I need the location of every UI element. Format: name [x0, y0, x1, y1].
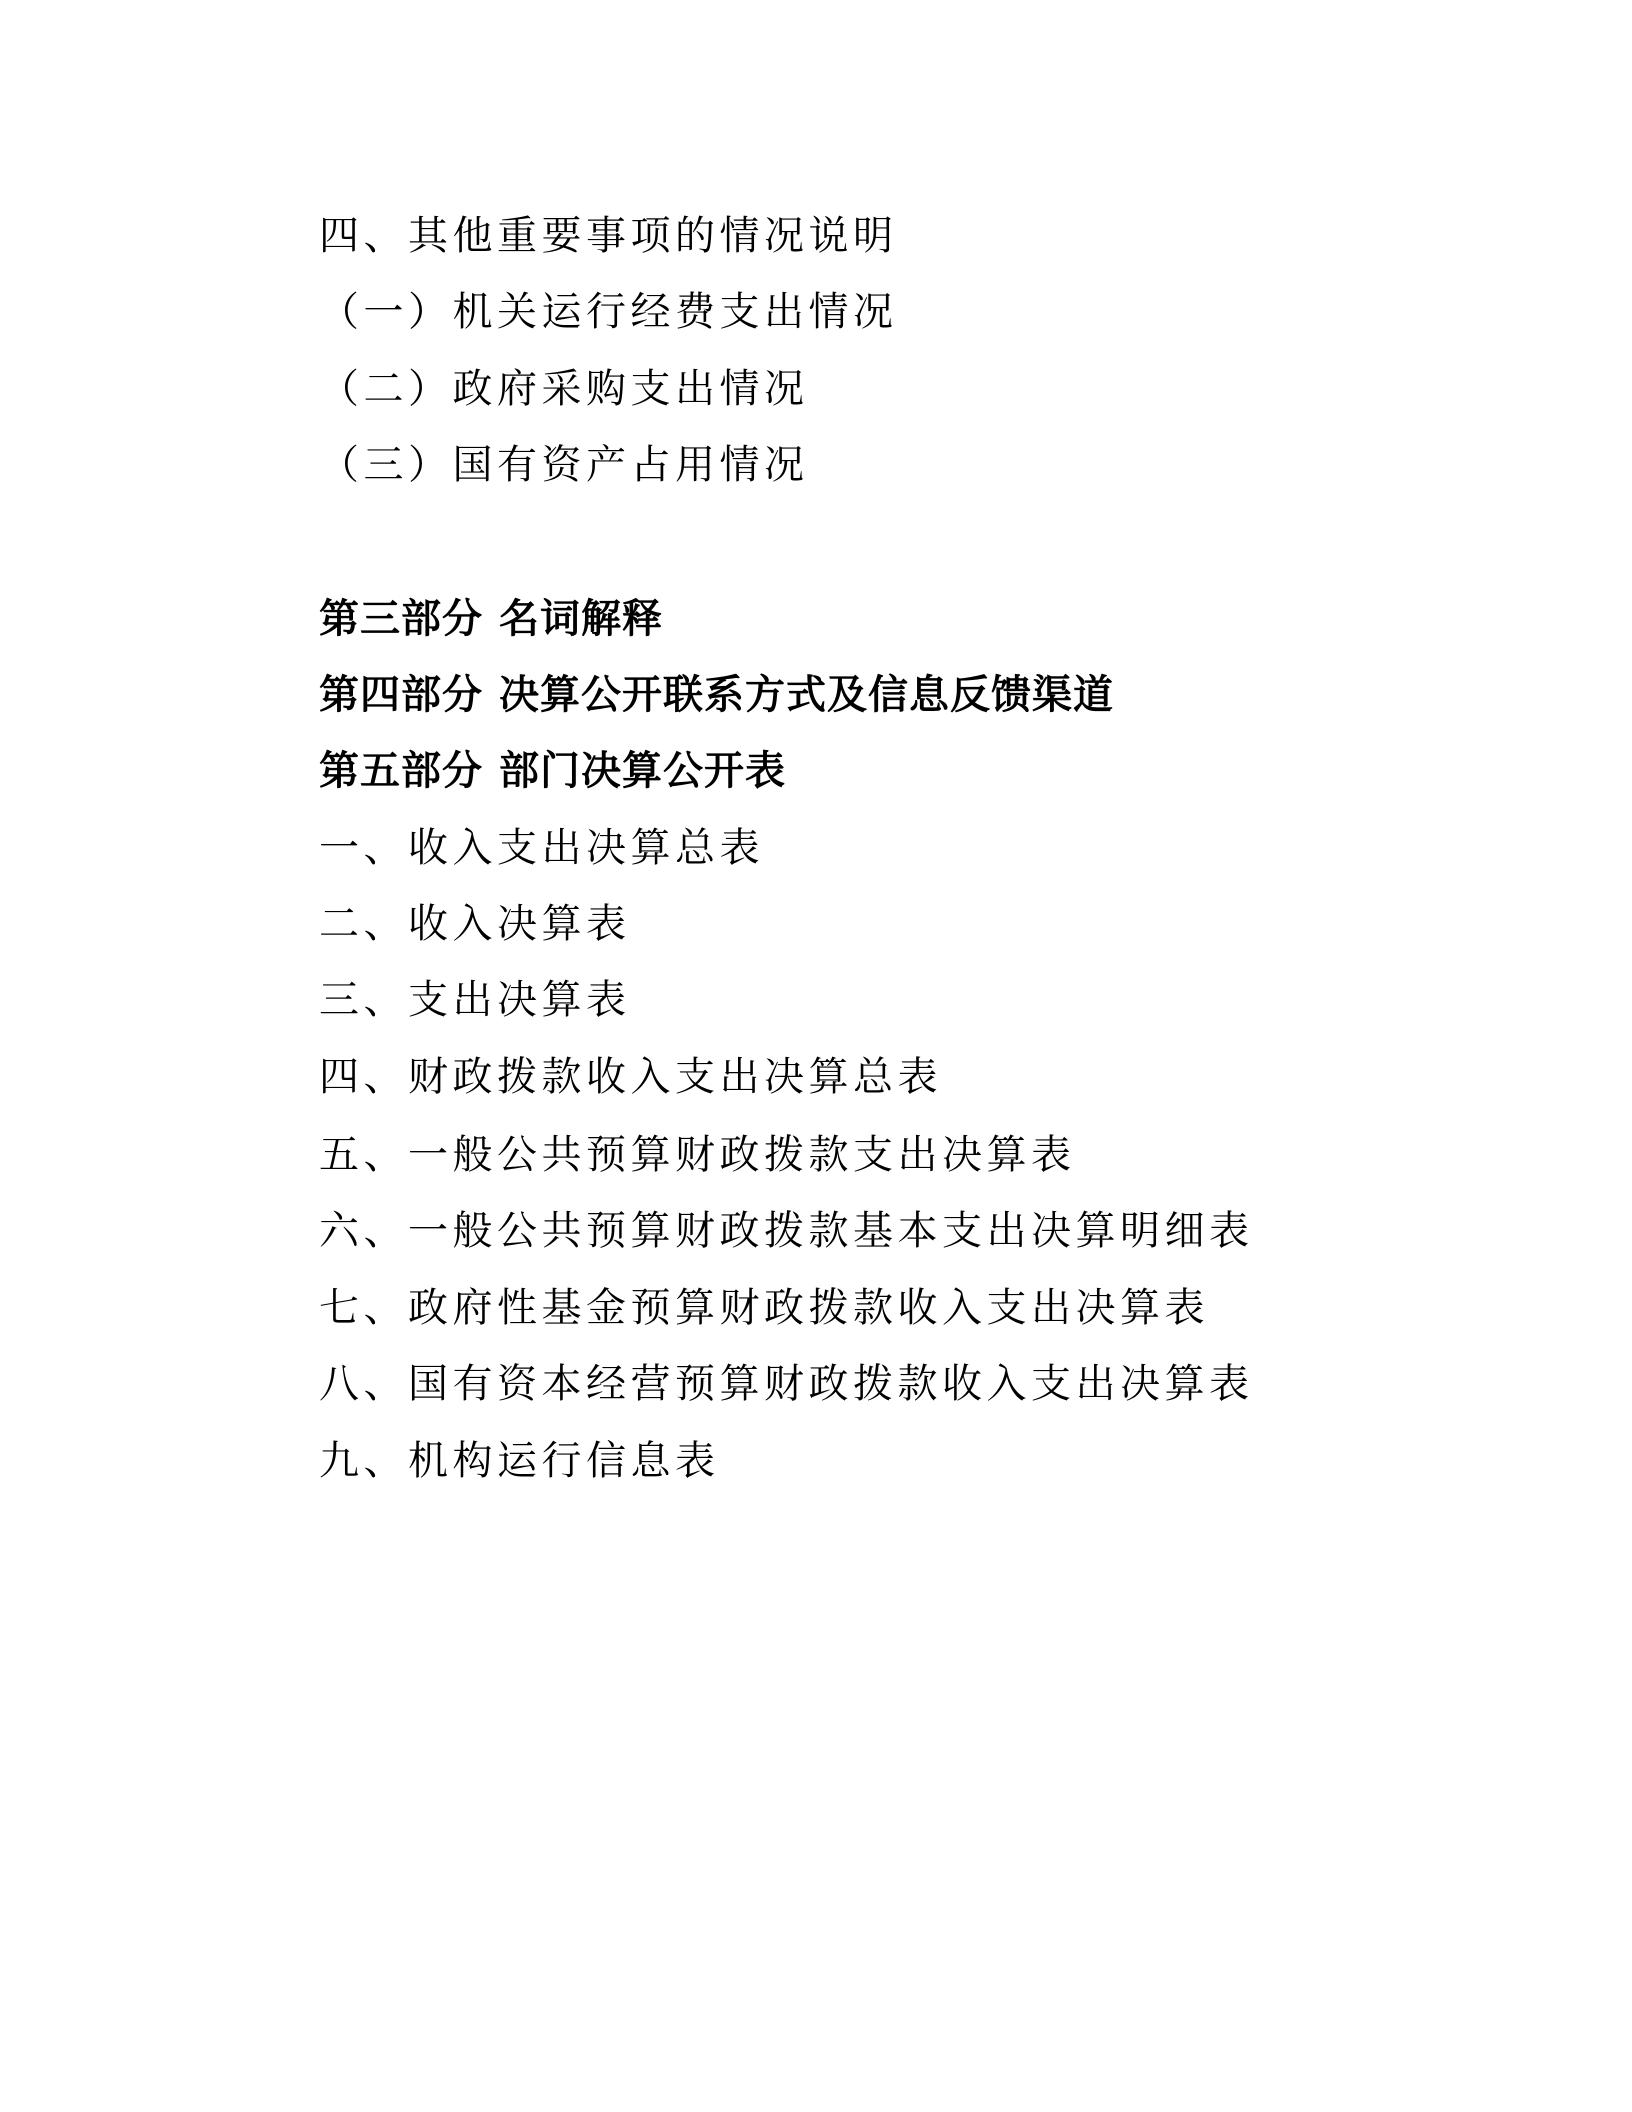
table-item-1: 一、收入支出决算总表 — [319, 820, 764, 876]
part-title: 决算公开联系方式及信息反馈渠道 — [499, 672, 1114, 718]
part-title: 部门决算公开表 — [499, 748, 786, 794]
table-item-8: 八、国有资本经营预算财政拨款收入支出决算表 — [319, 1356, 1254, 1412]
toc-item-state-assets: （三）国有资产占用情况 — [319, 437, 809, 493]
part-number: 第四部分 — [319, 672, 483, 718]
table-item-9: 九、机构运行信息表 — [319, 1433, 720, 1489]
part-five-heading: 第五部分部门决算公开表 — [319, 743, 786, 799]
table-item-4: 四、财政拨款收入支出决算总表 — [319, 1049, 942, 1105]
toc-item-operating-expenses: （一）机关运行经费支出情况 — [319, 284, 898, 340]
table-item-7: 七、政府性基金预算财政拨款收入支出决算表 — [319, 1280, 1209, 1336]
part-title: 名词解释 — [499, 596, 663, 642]
table-item-3: 三、支出决算表 — [319, 972, 631, 1028]
table-item-6: 六、一般公共预算财政拨款基本支出决算明细表 — [319, 1203, 1254, 1259]
toc-item-government-procurement: （二）政府采购支出情况 — [319, 361, 809, 417]
document-page: 四、其他重要事项的情况说明 （一）机关运行经费支出情况 （二）政府采购支出情况 … — [0, 0, 1632, 2112]
section-four-title: 四、其他重要事项的情况说明 — [319, 208, 898, 264]
table-item-5: 五、一般公共预算财政拨款支出决算表 — [319, 1127, 1076, 1183]
part-three-heading: 第三部分名词解释 — [319, 591, 663, 647]
part-four-heading: 第四部分决算公开联系方式及信息反馈渠道 — [319, 667, 1114, 723]
part-number: 第五部分 — [319, 748, 483, 794]
table-item-2: 二、收入决算表 — [319, 896, 631, 952]
part-number: 第三部分 — [319, 596, 483, 642]
